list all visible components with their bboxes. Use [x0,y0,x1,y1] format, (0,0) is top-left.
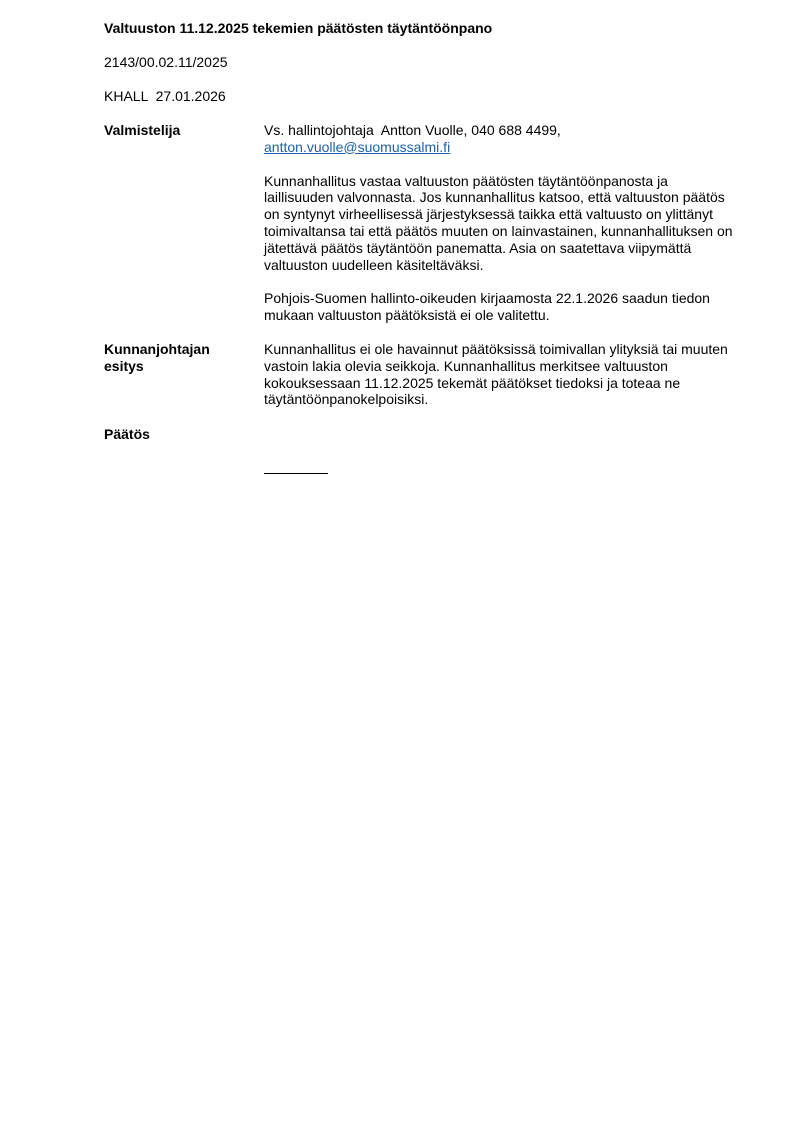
reference-number: 2143/00.02.11/2025 [104,54,228,70]
preparer-info: Vs. hallintojohtaja Antton Vuolle, 040 6… [264,122,739,139]
valmistelija-label: Valmistelija [104,122,254,139]
esitys-text: Kunnanhallitus ei ole havainnut päätöksi… [264,341,739,408]
esitys-label: Kunnanjohtajan esitys [104,341,254,375]
signature-line [264,473,328,474]
esitys-label-line1: Kunnanjohtajan [104,341,254,358]
preparer-email-link[interactable]: antton.vuolle@suomussalmi.fi [264,139,450,155]
valmistelija-body: Vs. hallintojohtaja Antton Vuolle, 040 6… [264,122,739,341]
meeting-info: KHALL 27.01.2026 [104,88,226,104]
paatos-label: Päätös [104,426,254,443]
document-title: Valtuuston 11.12.2025 tekemien päätösten… [104,20,492,36]
esitys-body: Kunnanhallitus ei ole havainnut päätöksi… [264,341,739,425]
esitys-label-line2: esitys [104,358,254,375]
valmistelija-paragraph-2: Pohjois-Suomen hallinto-oikeuden kirjaam… [264,290,739,324]
valmistelija-paragraph-1: Kunnanhallitus vastaa valtuuston päätöst… [264,173,739,274]
